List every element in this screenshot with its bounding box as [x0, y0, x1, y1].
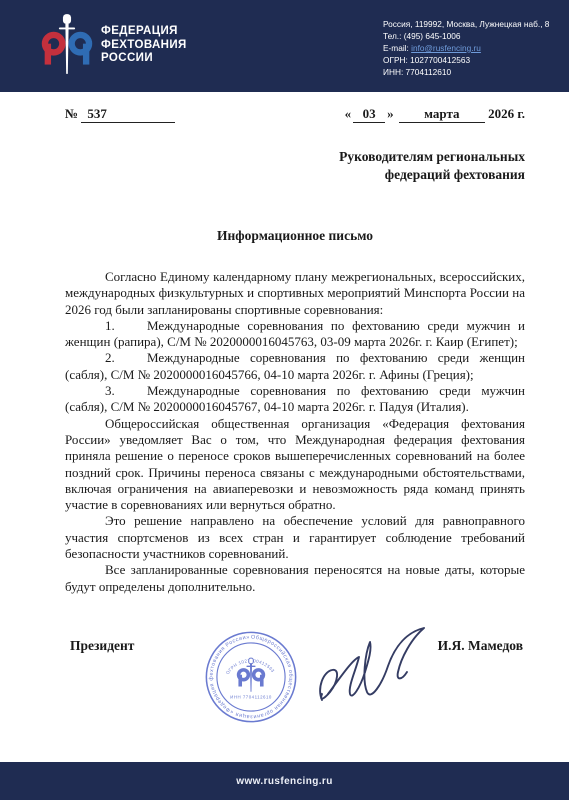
contact-address: Россия, 119992, Москва, Лужнецкая наб., … [383, 19, 549, 31]
date-day: 03 [353, 106, 385, 123]
letter-body: Согласно Единому календарному плану межр… [65, 269, 525, 595]
stamp-inn-text: ИНН 7704112610 [230, 695, 272, 700]
paragraph: Все запланированные соревнования перенос… [65, 562, 525, 595]
outgoing-number: № 537 [65, 106, 175, 123]
list-item-number: 2. [105, 350, 147, 366]
recipient-line: Руководителям региональных [339, 148, 525, 166]
list-item-number: 3. [105, 383, 147, 399]
date-year: 2026 г. [488, 106, 525, 121]
quote-open: « [345, 106, 352, 121]
email-label: E-mail: [383, 43, 411, 53]
org-name-line: ФЕДЕРАЦИЯ [101, 25, 187, 39]
quote-close: » [387, 106, 394, 121]
paragraph: Общероссийская общественная организация … [65, 416, 525, 514]
recipient-line: федераций фехтования [339, 166, 525, 184]
recipient-block: Руководителям региональных федераций фех… [339, 148, 525, 183]
letter-date: «03» марта 2026 г. [343, 106, 525, 123]
document-title: Информационное письмо [65, 228, 525, 244]
number-sign: № [65, 106, 78, 121]
round-stamp: Общероссийская общественная организация … [203, 629, 299, 725]
org-name-line: ФЕХТОВАНИЯ [101, 39, 187, 53]
reference-row: № 537 «03» марта 2026 г. [65, 106, 525, 123]
contact-email-row: E-mail: info@rusfencing.ru [383, 43, 549, 55]
list-item: 1.Международные соревнования по фехтован… [65, 318, 525, 351]
signer-name: И.Я. Мамедов [438, 638, 523, 654]
federation-logo-icon [38, 13, 96, 79]
letterhead: ФЕДЕРАЦИЯ ФЕХТОВАНИЯ РОССИИ Россия, 1199… [0, 0, 569, 92]
contact-phone: Тел.: (495) 645-1006 [383, 31, 549, 43]
email-link[interactable]: info@rusfencing.ru [411, 43, 481, 53]
footer-bar: www.rusfencing.ru [0, 762, 569, 800]
org-name: ФЕДЕРАЦИЯ ФЕХТОВАНИЯ РОССИИ [101, 25, 187, 66]
org-name-line: РОССИИ [101, 52, 187, 66]
number-value: 537 [81, 106, 175, 123]
handwritten-signature [310, 624, 442, 724]
contact-ogrn: ОГРН: 1027700412563 [383, 55, 549, 67]
list-item: 2.Международные соревнования по фехтован… [65, 350, 525, 383]
paragraph: Согласно Единому календарному плану межр… [65, 269, 525, 318]
contact-block: Россия, 119992, Москва, Лужнецкая наб., … [383, 19, 549, 79]
date-month: марта [399, 106, 485, 123]
paragraph: Это решение направлено на обеспечение ус… [65, 513, 525, 562]
letter-page: ФЕДЕРАЦИЯ ФЕХТОВАНИЯ РОССИИ Россия, 1199… [0, 0, 569, 800]
contact-inn: ИНН: 7704112610 [383, 67, 549, 79]
list-item-number: 1. [105, 318, 147, 334]
website-url: www.rusfencing.ru [236, 776, 332, 787]
signer-role: Президент [70, 638, 134, 654]
list-item: 3.Международные соревнования по фехтован… [65, 383, 525, 416]
